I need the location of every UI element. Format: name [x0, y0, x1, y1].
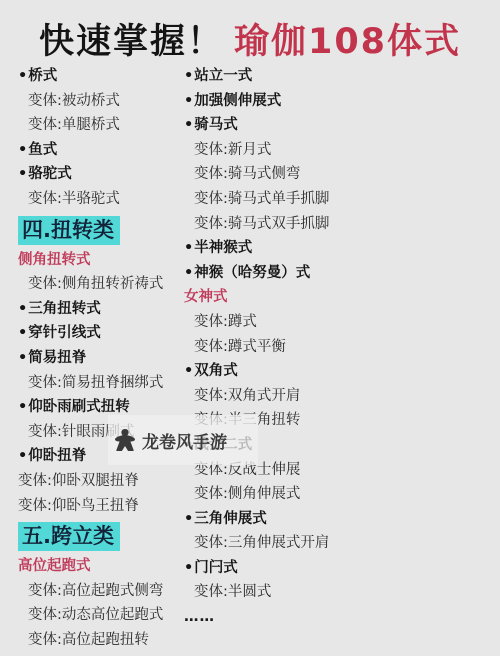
- variation-item: 变体:三角伸展式开肩: [184, 531, 384, 556]
- pose-item: 鱼式: [18, 138, 198, 163]
- featured-pose: 高位起跑式: [18, 554, 198, 579]
- variation-item: 变体:简易扭脊捆绑式: [18, 371, 198, 396]
- left-column: 桥式 变体:被动桥式 变体:单腿桥式 鱼式 骆驼式 变体:半骆驼式 四.扭转类 …: [18, 64, 198, 652]
- title-highlight: 瑜伽108体式: [234, 22, 461, 62]
- variation-item: 变体:侧角扭转祈祷式: [18, 272, 198, 297]
- variation-item: 变体:高位起跑扭转: [18, 628, 198, 653]
- pose-item: 桥式: [18, 64, 198, 89]
- variation-item: 变体:高位起跑式侧弯: [18, 579, 198, 604]
- variation-item: 变体:侧角伸展式: [184, 482, 384, 507]
- pose-item: 门闩式: [184, 556, 384, 581]
- pose-item: 双角式: [184, 359, 384, 384]
- pose-item: 半神猴式: [184, 236, 384, 261]
- watermark-text: 龙卷风手游: [142, 428, 227, 453]
- variation-item: 变体:单腿桥式: [18, 113, 198, 138]
- pose-item: 神猴（哈努曼）式: [184, 261, 384, 286]
- pose-item: 站立一式: [184, 64, 384, 89]
- section-label: 四.扭转类: [18, 216, 120, 245]
- variation-item: 变体:骑马式双手抓脚: [184, 212, 384, 237]
- pose-item: 加强侧伸展式: [184, 89, 384, 114]
- variation-item: 变体:被动桥式: [18, 89, 198, 114]
- section-label: 五.跨立类: [18, 522, 120, 551]
- variation-item: 变体:仰卧鸟王扭脊: [18, 494, 198, 519]
- pose-item: 简易扭脊: [18, 346, 198, 371]
- watermark: 龙卷风手游: [108, 415, 258, 465]
- pose-item: 穿针引线式: [18, 321, 198, 346]
- variation-item: 变体:骑马式侧弯: [184, 162, 384, 187]
- title-prefix: 快速掌握！: [39, 22, 224, 62]
- variation-item: 变体:双角式开肩: [184, 384, 384, 409]
- variation-item: 变体:蹲式平衡: [184, 335, 384, 360]
- variation-item: 变体:仰卧双腿扭脊: [18, 469, 198, 494]
- featured-pose: 女神式: [184, 285, 384, 310]
- section-header-straddle: 五.跨立类: [18, 518, 198, 554]
- right-column: 站立一式 加强侧伸展式 骑马式 变体:新月式 变体:骑马式侧弯 变体:骑马式单手…: [184, 64, 384, 630]
- pose-item: 三角伸展式: [184, 507, 384, 532]
- variation-item: 变体:蹲式: [184, 310, 384, 335]
- pose-item: 三角扭转式: [18, 297, 198, 322]
- pose-item: 骆驼式: [18, 162, 198, 187]
- variation-item: 变体:半圆式: [184, 580, 384, 605]
- variation-item: 变体:半骆驼式: [18, 187, 198, 212]
- meeple-game-icon: [114, 428, 136, 452]
- variation-item: 变体:动态高位起跑式: [18, 603, 198, 628]
- variation-item: 变体:骑马式单手抓脚: [184, 187, 384, 212]
- pose-item: 骑马式: [184, 113, 384, 138]
- page-title: 快速掌握！瑜伽108体式: [0, 14, 500, 64]
- section-header-twist: 四.扭转类: [18, 212, 198, 248]
- variation-item: 变体:新月式: [184, 138, 384, 163]
- featured-pose: 侧角扭转式: [18, 248, 198, 273]
- more-ellipsis: ……: [184, 605, 384, 630]
